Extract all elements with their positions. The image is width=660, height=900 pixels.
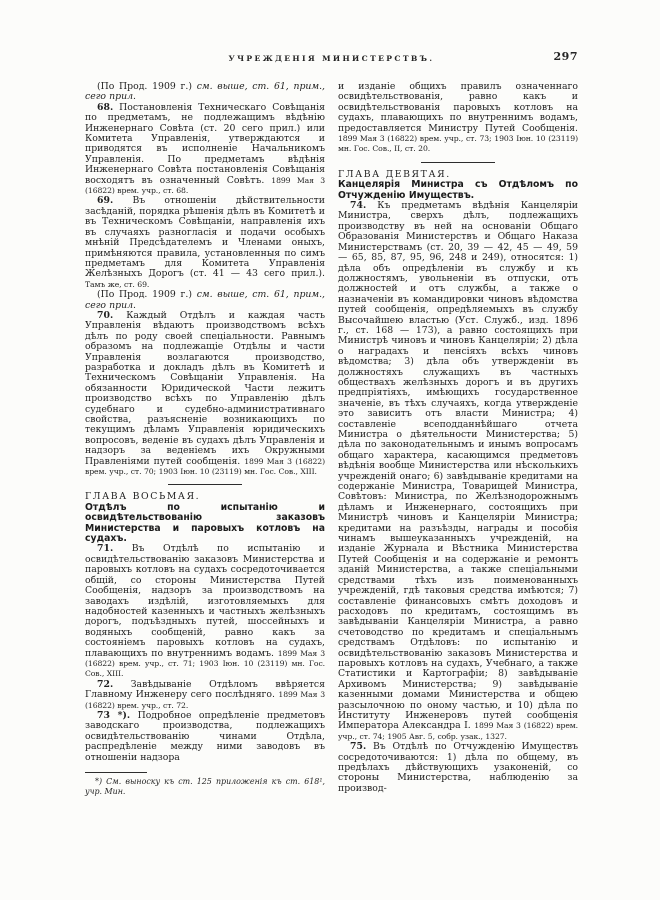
article-73-continuation-paragraph: и изданіе общихъ правилъ означеннаго осв… <box>338 82 578 155</box>
article-70-body: Каждый Отдѣлъ и каждая часть Управленія … <box>85 310 325 467</box>
article-68-paragraph: 68. Постановленія Техническаго Совѣщанія… <box>85 103 325 197</box>
section-divider <box>421 162 495 163</box>
article-69-citation: Тамъ же, ст. 69. <box>85 280 149 289</box>
chapter-8-subtitle: Отдѣлъ по испытанію и освидѣтельствовані… <box>85 503 325 545</box>
article-73-number: 73 *). <box>97 710 130 721</box>
article-74-body: Къ предметамъ вѣдѣнія Канцеляріи Министр… <box>338 200 578 731</box>
right-column: и изданіе общихъ правилъ означеннаго осв… <box>338 82 578 796</box>
article-75-paragraph: 75. Въ Отдѣлѣ по Отчужденію Имуществъ со… <box>338 742 578 794</box>
note-prefix: (По Прод. 1909 г.) <box>97 289 192 300</box>
article-68-body: Постановленія Техническаго Совѣщанія по … <box>85 102 325 186</box>
article-69-body: Въ отношеніи дѣйствительности засѣданій,… <box>85 195 325 279</box>
article-69-number: 69. <box>97 195 113 206</box>
continuation-note: (По Прод. 1909 г.) см. выше, ст. 61, при… <box>85 290 325 311</box>
page-number: 297 <box>554 50 578 63</box>
article-71-paragraph: 71. Въ Отдѣлѣ по испытанію и освидѣтельс… <box>85 544 325 679</box>
article-73-paragraph: 73 *). Подробное опредѣленіе предметовъ … <box>85 711 325 763</box>
article-71-number: 71. <box>97 543 113 554</box>
article-73-continuation-citation: 1899 Мая 3 (16822) врем. учр., ст. 73; 1… <box>338 134 578 153</box>
article-75-number: 75. <box>350 741 366 752</box>
chapter-9-subtitle: Канцелярія Министра съ Отдѣломъ по Отчуж… <box>338 180 578 201</box>
section-divider <box>168 484 242 485</box>
article-68-number: 68. <box>97 102 113 113</box>
footnote-rule <box>85 772 147 773</box>
note-prefix: (По Прод. 1909 г.) <box>97 81 192 92</box>
footnote-text: *) См. выноску къ ст. 125 приложенія къ … <box>85 777 325 796</box>
left-column: (По Прод. 1909 г.) см. выше, ст. 61, при… <box>85 82 325 796</box>
article-70-paragraph: 70. Каждый Отдѣлъ и каждая часть Управле… <box>85 311 325 478</box>
running-head: УЧРЕЖДЕНІЯ МИНИСТЕРСТВЪ. <box>85 54 578 63</box>
text-columns: (По Прод. 1909 г.) см. выше, ст. 61, при… <box>85 82 578 796</box>
article-74-paragraph: 74. Къ предметамъ вѣдѣнія Канцеляріи Мин… <box>338 201 578 742</box>
article-70-number: 70. <box>97 310 113 321</box>
article-75-body: Въ Отдѣлѣ по Отчужденію Имуществъ сосред… <box>338 741 578 794</box>
continuation-note: (По Прод. 1909 г.) см. выше, ст. 61, при… <box>85 82 325 103</box>
article-72-paragraph: 72. Завѣдываніе Отдѣломъ ввѣряется Главн… <box>85 680 325 711</box>
article-69-paragraph: 69. Въ отношеніи дѣйствительности засѣда… <box>85 196 325 290</box>
article-73-continuation-body: и изданіе общихъ правилъ означеннаго осв… <box>338 81 578 134</box>
scanned-book-page: УЧРЕЖДЕНІЯ МИНИСТЕРСТВЪ. 297 (По Прод. 1… <box>0 0 660 900</box>
article-72-number: 72. <box>97 679 113 690</box>
article-74-number: 74. <box>350 200 366 211</box>
article-71-body: Въ Отдѣлѣ по испытанію и освидѣтельствов… <box>85 543 325 658</box>
